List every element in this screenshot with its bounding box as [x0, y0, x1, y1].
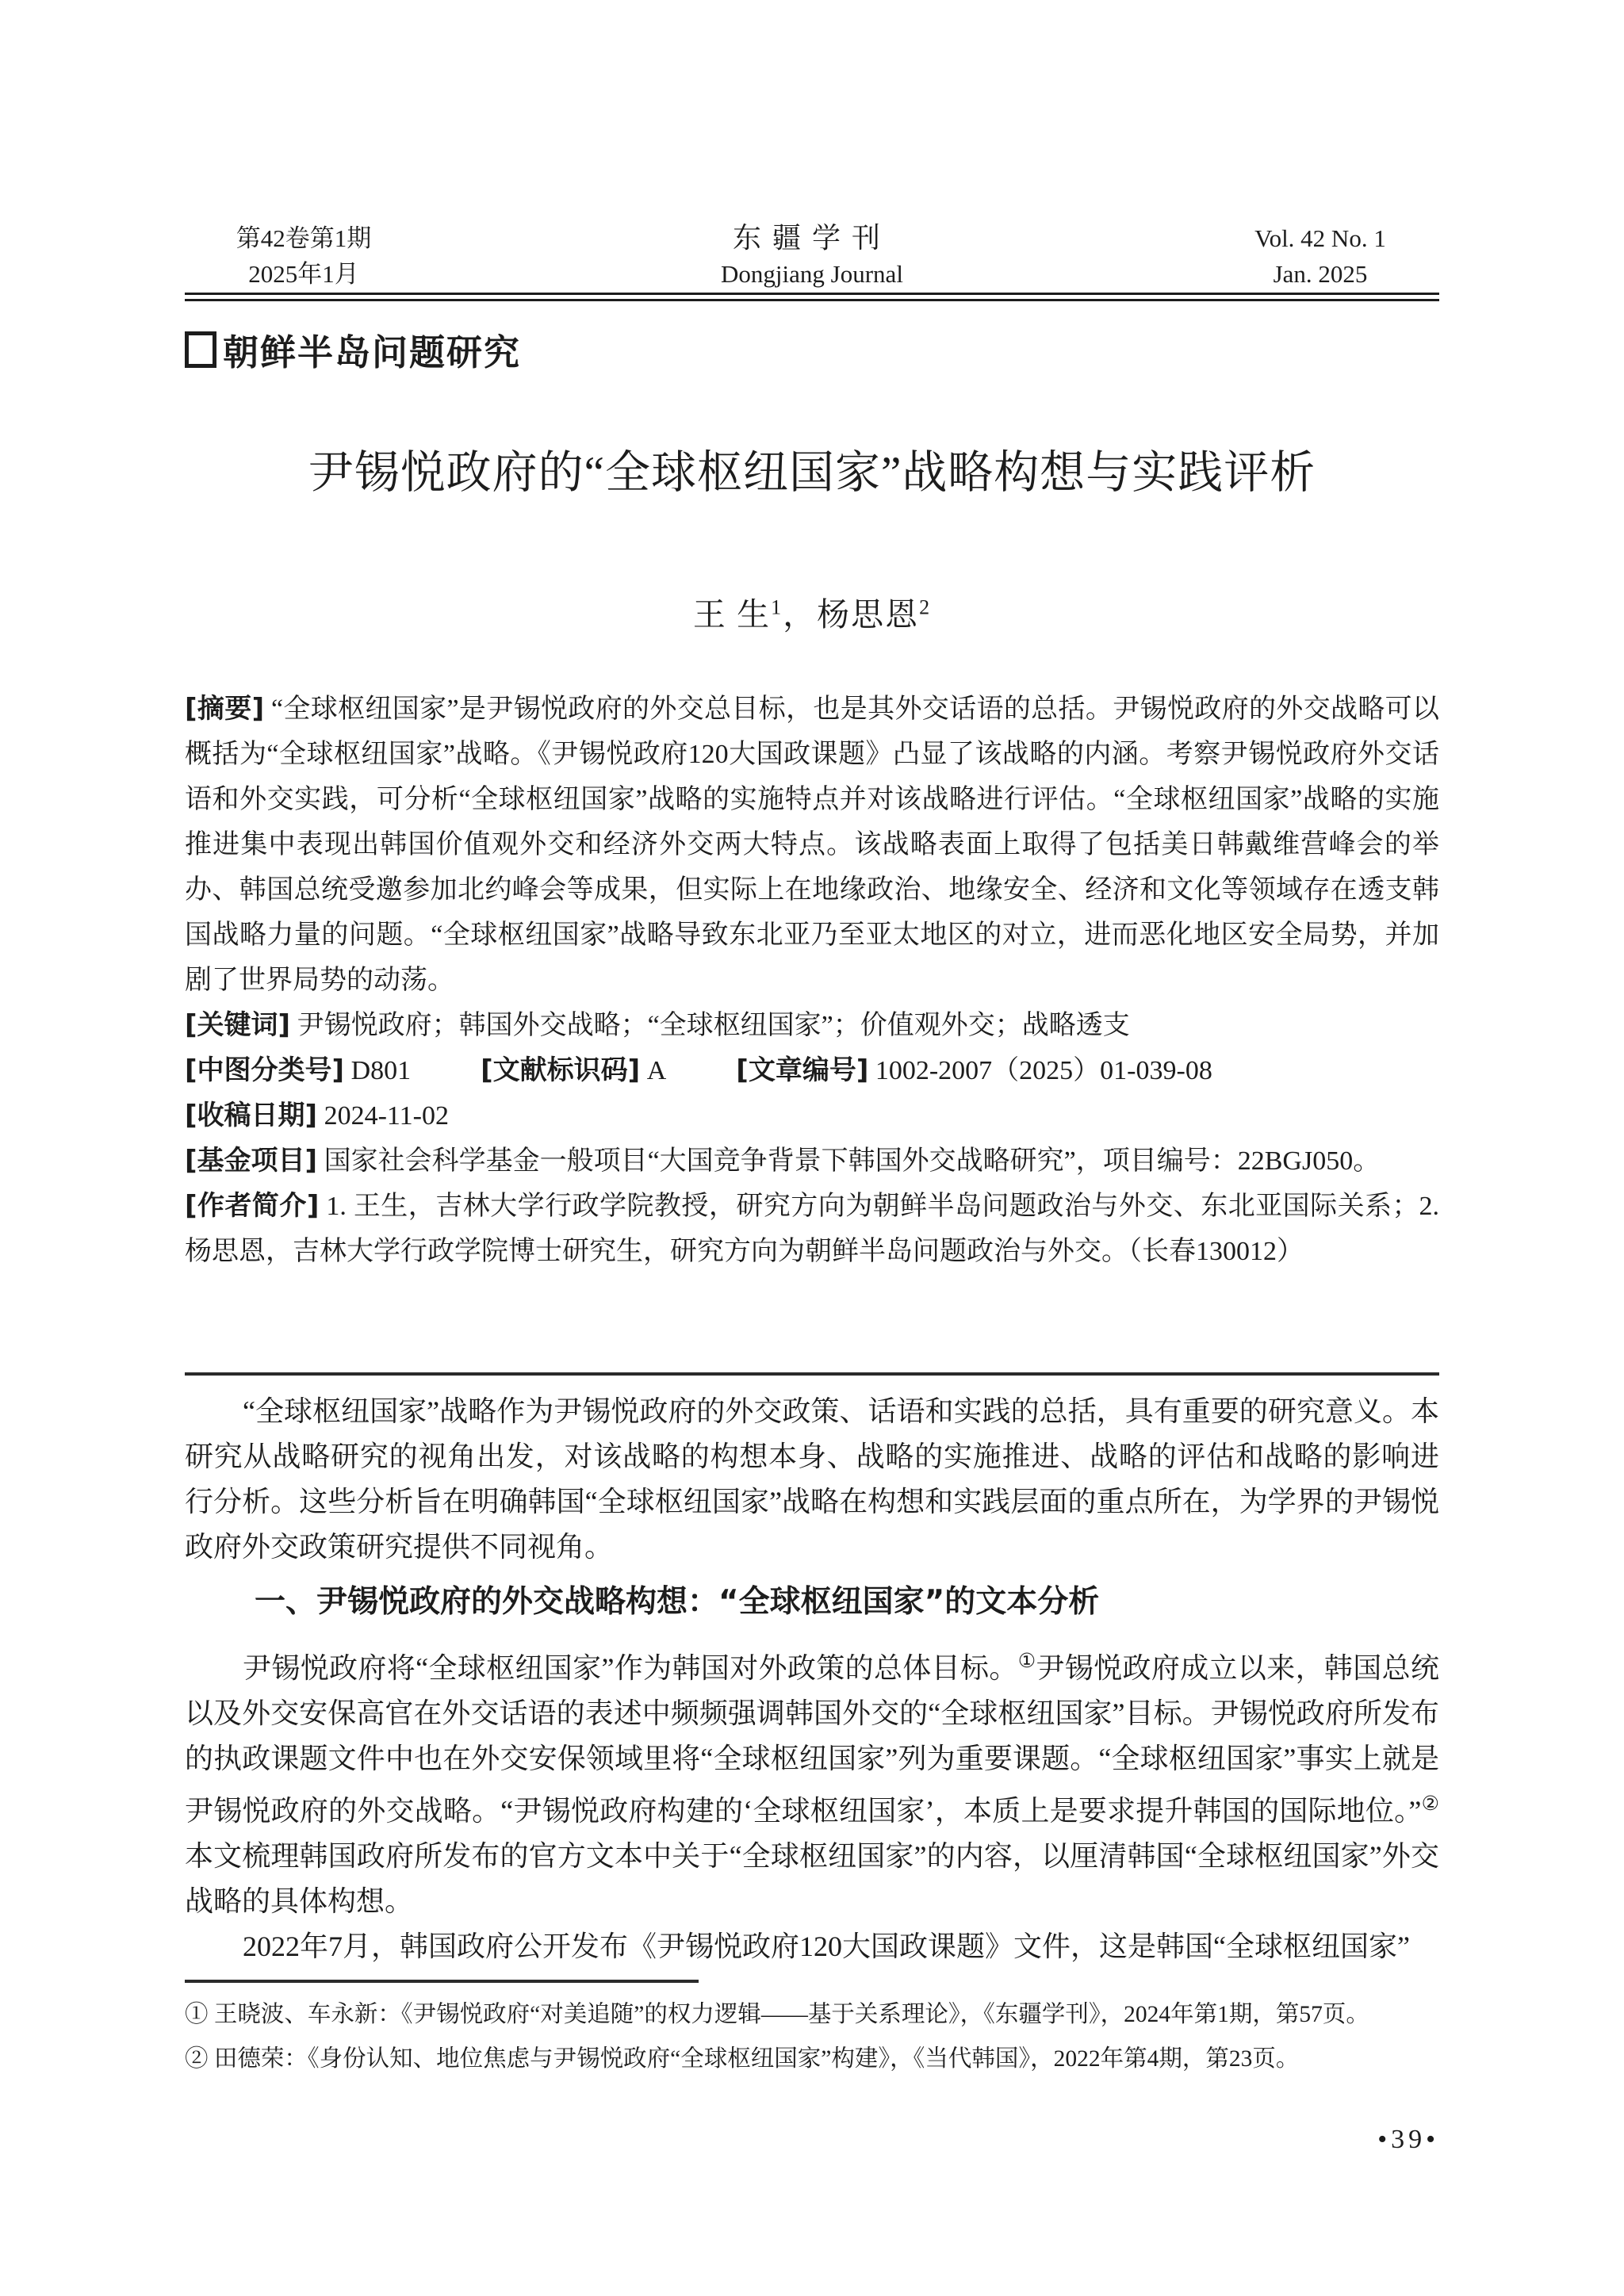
journal-header: 第42卷第1期 2025年1月 东疆学刊 Dongjiang Journal V… [185, 220, 1439, 292]
authors-separator: ， [783, 596, 817, 633]
keywords-line: [关键词] 尹锡悦政府；韩国外交战略；“全球枢纽国家”；价值观外交；战略透支 [185, 1003, 1439, 1048]
header-double-rule [185, 293, 1439, 301]
front-matter: [摘要] “全球枢纽国家”是尹锡悦政府的外交总目标，也是其外交话语的总括。尹锡悦… [185, 687, 1439, 1274]
author-1-name: 王 生 [693, 596, 771, 633]
article-title: 尹锡悦政府的“全球枢纽国家”战略构想与实践评析 [185, 436, 1439, 501]
footnotes: ① 王晓波、车永新：《尹锡悦政府“对美追随”的权力逻辑——基于关系理论》，《东疆… [185, 1992, 1439, 2081]
header-left: 第42卷第1期 2025年1月 [185, 220, 423, 292]
bio-label: [作者简介] [185, 1190, 319, 1222]
fund-line: [基金项目] 国家社会科学基金一般项目“大国竞争背景下韩国外交战略研究”，项目编… [185, 1138, 1439, 1184]
fund-value: 国家社会科学基金一般项目“大国竞争背景下韩国外交战略研究”，项目编号：22BGJ… [324, 1146, 1381, 1176]
author-2-name: 杨思恩 [817, 596, 919, 633]
footnote-ref-2: ② [1421, 1793, 1439, 1815]
issue-date-en: Jan. 2025 [1201, 256, 1439, 292]
received-label: [收稿日期] [185, 1100, 317, 1131]
author-1-sup: 1 [771, 595, 783, 618]
header-center: 东疆学刊 Dongjiang Journal [423, 220, 1201, 292]
clc-label: [中图分类号] [185, 1054, 344, 1086]
doc-code-value: A [647, 1056, 667, 1085]
authors-line: 王 生1，杨思恩2 [185, 588, 1439, 635]
paragraph-3: 2022年7月，韩国政府公开发布《尹锡悦政府120大国政课题》文件，这是韩国“全… [185, 1924, 1439, 1969]
doc-code-item: [文献标识码] A [481, 1048, 666, 1093]
issue-date-cn: 2025年1月 [185, 256, 423, 292]
footnote-1-text: 王晓波、车永新：《尹锡悦政府“对美追随”的权力逻辑——基于关系理论》，《东疆学刊… [214, 2002, 1369, 2027]
section-heading-1: 一、尹锡悦政府的外交战略构想：“全球枢纽国家”的文本分析 [255, 1579, 1439, 1624]
keywords-label: [关键词] [185, 1009, 290, 1041]
footnote-2-text: 田德荣：《身份认知、地位焦虑与尹锡悦政府“全球枢纽国家”构建》，《当代韩国》，2… [214, 2046, 1299, 2072]
volume-issue-en: Vol. 42 No. 1 [1201, 220, 1439, 256]
header-right: Vol. 42 No. 1 Jan. 2025 [1201, 220, 1439, 292]
abstract-label: [摘要] [185, 693, 264, 725]
keywords-text: 尹锡悦政府；韩国外交战略；“全球枢纽国家”；价值观外交；战略透支 [297, 1011, 1130, 1040]
article-body: “全球枢纽国家”战略作为尹锡悦政府的外交政策、话语和实践的总括，具有重要的研究意… [185, 1389, 1439, 1969]
author-2-sup: 2 [919, 595, 931, 618]
bio-line: [作者简介] 1. 王生，吉林大学行政学院教授，研究方向为朝鲜半岛问题政治与外交… [185, 1184, 1439, 1274]
journal-title-cn: 东疆学刊 [423, 220, 1201, 256]
section-marker-square-icon [185, 331, 216, 368]
page-number: •39• [185, 2125, 1449, 2155]
article-id-value: 1002-2007（2025）01-039-08 [875, 1056, 1212, 1085]
footnote-2-marker: ② [185, 2046, 209, 2072]
classification-line: [中图分类号] D801 [文献标识码] A [文章编号] 1002-2007（… [185, 1048, 1439, 1093]
footnote-separator-rule [185, 1980, 699, 1983]
paragraph-2-seg3: 本文梳理韩国政府所发布的官方文本中关于“全球枢纽国家”的内容，以厘清韩国“全球枢… [185, 1840, 1439, 1917]
bio-value: 1. 王生，吉林大学行政学院教授，研究方向为朝鲜半岛问题政治与外交、东北亚国际关… [185, 1192, 1439, 1266]
article-id-label: [文章编号] [736, 1054, 868, 1086]
abstract-paragraph: [摘要] “全球枢纽国家”是尹锡悦政府的外交总目标，也是其外交话语的总括。尹锡悦… [185, 687, 1439, 1003]
article-id-item: [文章编号] 1002-2007（2025）01-039-08 [736, 1048, 1212, 1093]
paragraph-1: “全球枢纽国家”战略作为尹锡悦政府的外交政策、话语和实践的总括，具有重要的研究意… [185, 1389, 1439, 1570]
abstract-text: “全球枢纽国家”是尹锡悦政府的外交总目标，也是其外交话语的总括。尹锡悦政府的外交… [185, 695, 1439, 995]
doc-code-label: [文献标识码] [481, 1054, 640, 1086]
paragraph-2: 尹锡悦政府将“全球枢纽国家”作为韩国对外政策的总体目标。①尹锡悦政府成立以来，韩… [185, 1639, 1439, 1924]
section-banner-label: 朝鲜半岛问题研究 [223, 323, 521, 375]
section-banner: 朝鲜半岛问题研究 [185, 323, 1439, 375]
fund-label: [基金项目] [185, 1145, 317, 1177]
paragraph-2-seg1: 尹锡悦政府将“全球枢纽国家”作为韩国对外政策的总体目标。 [243, 1652, 1018, 1684]
footnote-1-marker: ① [185, 2002, 209, 2027]
received-value: 2024-11-02 [324, 1101, 449, 1131]
footnote-ref-1: ① [1018, 1651, 1036, 1672]
clc-item: [中图分类号] D801 [185, 1048, 411, 1093]
body-divider-rule [185, 1372, 1439, 1376]
journal-page: 第42卷第1期 2025年1月 东疆学刊 Dongjiang Journal V… [0, 0, 1624, 2296]
footnote-item-1: ① 王晓波、车永新：《尹锡悦政府“对美追随”的权力逻辑——基于关系理论》，《东疆… [185, 1992, 1439, 2037]
clc-value: D801 [351, 1056, 412, 1085]
received-line: [收稿日期] 2024-11-02 [185, 1093, 1439, 1138]
journal-title-en: Dongjiang Journal [423, 256, 1201, 292]
footnote-item-2: ② 田德荣：《身份认知、地位焦虑与尹锡悦政府“全球枢纽国家”构建》，《当代韩国》… [185, 2037, 1439, 2081]
volume-issue-cn: 第42卷第1期 [185, 220, 423, 256]
